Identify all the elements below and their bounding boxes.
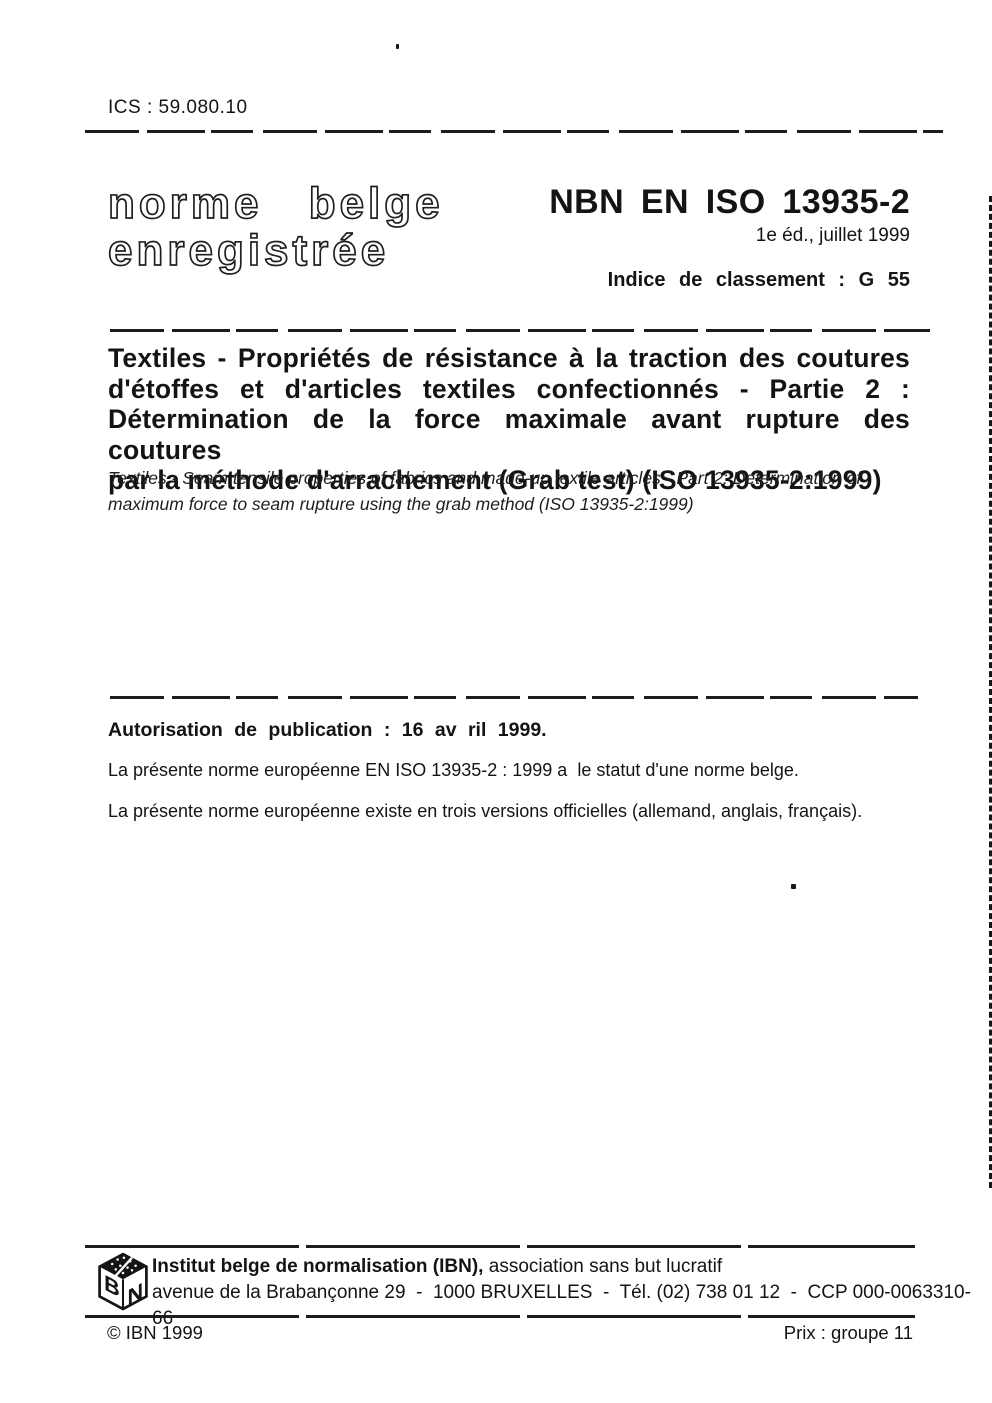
authorization-line: Autorisation de publication : 16 av ril … [108, 719, 547, 742]
title-fr-line: d'étoffes et d'articles textiles confect… [108, 374, 910, 405]
publisher-rule-top [85, 1245, 915, 1248]
standard-cover-page: ICS : 59.080.10 norme belge enregistrée … [0, 0, 992, 1403]
publisher-name: Institut belge de normalisation (IBN), [152, 1256, 483, 1277]
section-rule [110, 696, 918, 699]
ics-code: ICS : 59.080.10 [108, 97, 248, 119]
scan-speck-mid [791, 884, 796, 889]
publisher-name-suffix: association sans but lucratif [483, 1256, 722, 1277]
publisher-name-line: Institut belge de normalisation (IBN), a… [152, 1254, 992, 1280]
wordmark-line-1: norme belge [108, 180, 444, 227]
status-note: La présente norme européenne EN ISO 1393… [108, 760, 799, 781]
title-fr-line: Détermination de la force maximale avant… [108, 404, 910, 465]
standard-number: NBN EN ISO 13935-2 [549, 184, 910, 220]
copyright-notice: © IBN 1999 [107, 1322, 203, 1344]
title-fr-line: Textiles - Propriétés de résistance à la… [108, 343, 910, 374]
ibn-cube-icon: B N [96, 1251, 150, 1313]
publisher-rule-bottom [85, 1315, 915, 1318]
ibn-wordmark: norme belge enregistrée [108, 180, 444, 274]
header-rule [85, 130, 943, 133]
scan-speck-top [396, 44, 399, 49]
price-group: Prix : groupe 11 [784, 1322, 913, 1344]
edition-date: 1e éd., juillet 1999 [549, 225, 910, 247]
standard-reference-block: NBN EN ISO 13935-2 1e éd., juillet 1999 … [549, 184, 910, 292]
classification-index: Indice de classement : G 55 [549, 269, 910, 292]
title-rule [110, 329, 930, 332]
wordmark-line-2: enregistrée [108, 227, 444, 274]
versions-note: La présente norme européenne existe en t… [108, 801, 862, 822]
title-en: Textiles - Seam tensile properties of fa… [108, 465, 920, 517]
publisher-info: Institut belge de normalisation (IBN), a… [152, 1254, 992, 1332]
